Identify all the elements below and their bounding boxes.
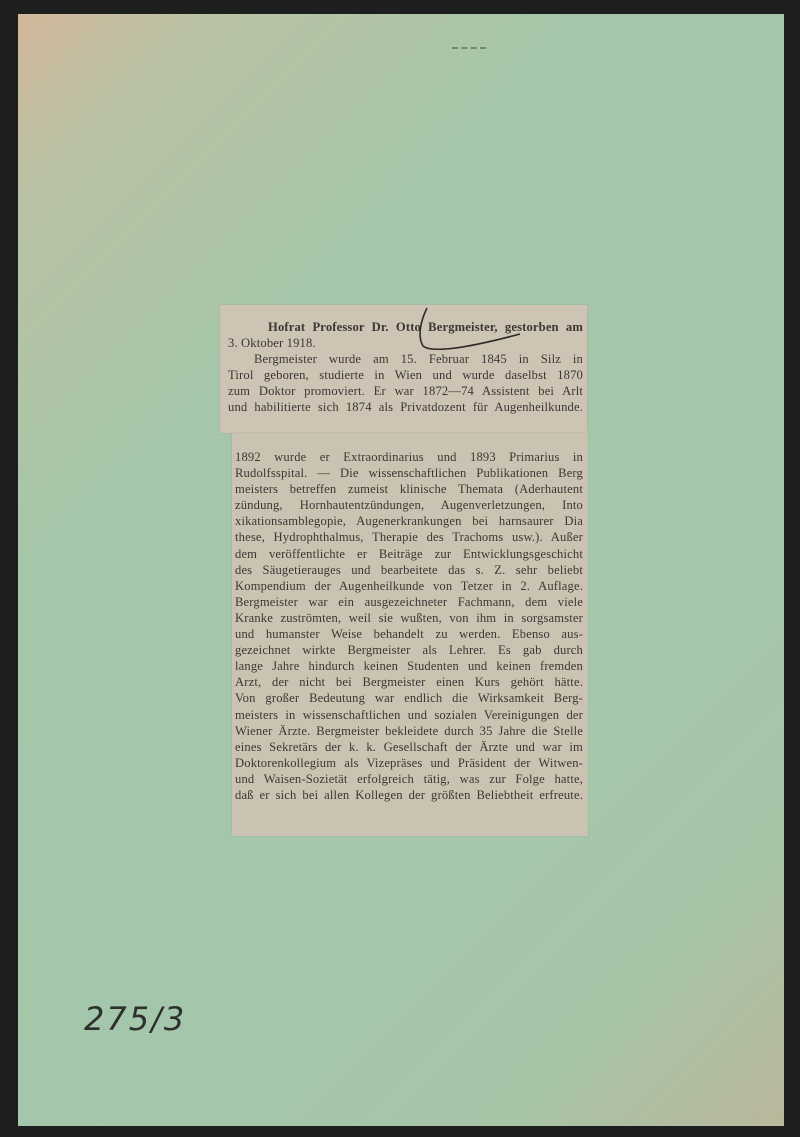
clipping-line: Von großer Bedeutung war endlich die Wir… bbox=[235, 690, 583, 706]
clipping-line: Arzt, der nicht bei Bergmeister einen Ku… bbox=[235, 674, 583, 690]
clipping-line: zündung, Hornhautentzündungen, Augenverl… bbox=[235, 497, 583, 513]
clipping-line: meisters in wissenschaftlichen und sozia… bbox=[235, 707, 583, 723]
clipping-line: lange Jahre hindurch keinen Studenten un… bbox=[235, 658, 583, 674]
handwritten-archive-number: 275/3 bbox=[84, 1000, 186, 1038]
clipping-line: Doktorenkollegium als Vizepräses und Prä… bbox=[235, 755, 583, 771]
clipping-line-heading: Hofrat Professor Dr. Otto Bergmeister, g… bbox=[228, 319, 583, 335]
clipping-line: xikationsamblegopie, Augenerkrankungen b… bbox=[235, 513, 583, 529]
clipping-line: gezeichnet wirkte Bergmeister als Lehrer… bbox=[235, 642, 583, 658]
clipping-line: 3. Oktober 1918. bbox=[228, 335, 583, 351]
clipping-line: Bergmeister war ein ausgezeichneter Fach… bbox=[235, 594, 583, 610]
pencil-underline-mark bbox=[415, 306, 525, 354]
clipping-line: Bergmeister wurde am 15. Februar 1845 in… bbox=[228, 351, 583, 367]
clipping-line: und habilitierte sich 1874 als Privatdoz… bbox=[228, 399, 583, 415]
clipping-line: Kranke zuströmten, weil sie wußten, von … bbox=[235, 610, 583, 626]
clipping-line: des Säugetierauges und bearbeitete das s… bbox=[235, 562, 583, 578]
clipping-line: Wiener Ärzte. Bergmeister bekleidete dur… bbox=[235, 723, 583, 739]
clipping-line: Kompendium der Augenheilkunde von Tetzer… bbox=[235, 578, 583, 594]
clipping-line: dem veröffentlichte er Beiträge zur Entw… bbox=[235, 546, 583, 562]
clipping-line: 1892 wurde er Extraordinarius und 1893 P… bbox=[235, 449, 583, 465]
top-pencil-mark bbox=[452, 47, 486, 53]
clipping-line: daß er sich bei allen Kollegen der größt… bbox=[235, 787, 583, 803]
clipping-line: Rudolfsspital. — Die wissenschaftlichen … bbox=[235, 465, 583, 481]
clipping-line: Tirol geboren, studierte in Wien und wur… bbox=[228, 367, 583, 383]
newspaper-clipping-heading: Hofrat Professor Dr. Otto Bergmeister, g… bbox=[220, 305, 587, 433]
clipping-line: zum Doktor promoviert. Er war 1872—74 As… bbox=[228, 383, 583, 399]
clipping-line: und humanster Weise behandelt zu werden.… bbox=[235, 626, 583, 642]
clipping-line: these, Hydrophthalmus, Therapie des Trac… bbox=[235, 529, 583, 545]
clipping-line: meisters betreffen zumeist klinische The… bbox=[235, 481, 583, 497]
clipping-line: und Waisen-Sozietät erfolgreich tätig, w… bbox=[235, 771, 583, 787]
newspaper-clipping-body: 1892 wurde er Extraordinarius und 1893 P… bbox=[232, 433, 588, 836]
clipping-line: eines Sekretärs der k. k. Gesellschaft d… bbox=[235, 739, 583, 755]
